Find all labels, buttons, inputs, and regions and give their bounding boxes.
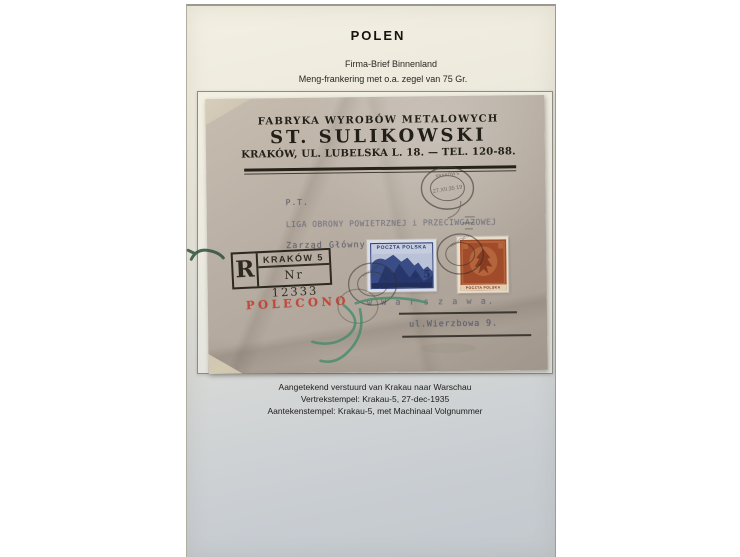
mount-frame: FABRYKA WYROBÓW METALOWYCH ST. SULIKOWSK… xyxy=(197,91,553,374)
stamp-blue-inscription: POCZTA POLSKA xyxy=(371,243,432,252)
caption-block: Aangetekend verstuurd van Krakau naar Wa… xyxy=(191,381,559,417)
letterhead-company-name: ST. SULIKOWSKI xyxy=(209,125,548,149)
caption-line-2: Vertrekstempel: Krakau-5, 27-dec-1935 xyxy=(191,393,559,405)
typed-salutation: P.T. xyxy=(286,198,309,207)
typed-street: ul.Wierzbowa 9. xyxy=(409,319,498,330)
stamp-blue-design: POCZTA POLSKA Gr 5 xyxy=(370,242,434,289)
caption-line-3: Aantekenstempel: Krakau-5, met Machinaal… xyxy=(191,405,559,417)
album-page-photo: POLEN Firma-Brief Binnenland Meng-franke… xyxy=(0,0,740,557)
stamp-blue-value-number: 5 xyxy=(423,269,430,280)
page-title: POLEN xyxy=(194,28,562,43)
caption-line-1: Aangetekend verstuurd van Krakau naar Wa… xyxy=(191,381,559,393)
stamp-red-design: POCZTA POLSKA xyxy=(460,239,507,291)
stamp-blue-value: Gr 5 xyxy=(413,268,430,281)
stamp-blue-value-currency: Gr xyxy=(413,273,419,279)
envelope-cover: FABRYKA WYROBÓW METALOWYCH ST. SULIKOWSK… xyxy=(205,95,547,374)
letterhead-double-rule xyxy=(244,165,516,174)
registration-label-right: KRAKÓW 5 Nr 12333 xyxy=(258,250,330,286)
registration-letter-r: R xyxy=(233,253,260,287)
registration-label: R KRAKÓW 5 Nr 12333 xyxy=(231,248,333,290)
city-underline xyxy=(399,311,517,314)
envelope-corner-highlight-bottom-left xyxy=(208,354,242,374)
faint-smudge xyxy=(420,343,476,354)
typed-addressee-line1: LIGA OBRONY POWIETRZNEJ i PRZECIWGAZOWEJ xyxy=(286,218,497,230)
album-page: POLEN Firma-Brief Binnenland Meng-franke… xyxy=(186,4,556,557)
typed-city: w W a r s z a w a. xyxy=(367,297,495,309)
green-ink-curl xyxy=(188,250,223,259)
stamp-red-brown: POCZTA POLSKA xyxy=(457,236,509,293)
printed-letterhead: FABRYKA WYROBÓW METALOWYCH ST. SULIKOWSK… xyxy=(209,113,549,161)
stamp-red-ornament-vignette xyxy=(460,239,507,291)
stamp-red-inscription: POCZTA POLSKA xyxy=(460,284,506,291)
machine-cancel-date: 27.XII.35 19 xyxy=(433,184,463,194)
street-underline xyxy=(402,334,531,338)
stamp-blue-5gr: POCZTA POLSKA Gr 5 xyxy=(367,239,437,292)
page-subtitle-2: Meng-frankering met o.a. zegel van 75 Gr… xyxy=(199,74,567,84)
page-subtitle-1: Firma-Brief Binnenland xyxy=(207,59,575,69)
